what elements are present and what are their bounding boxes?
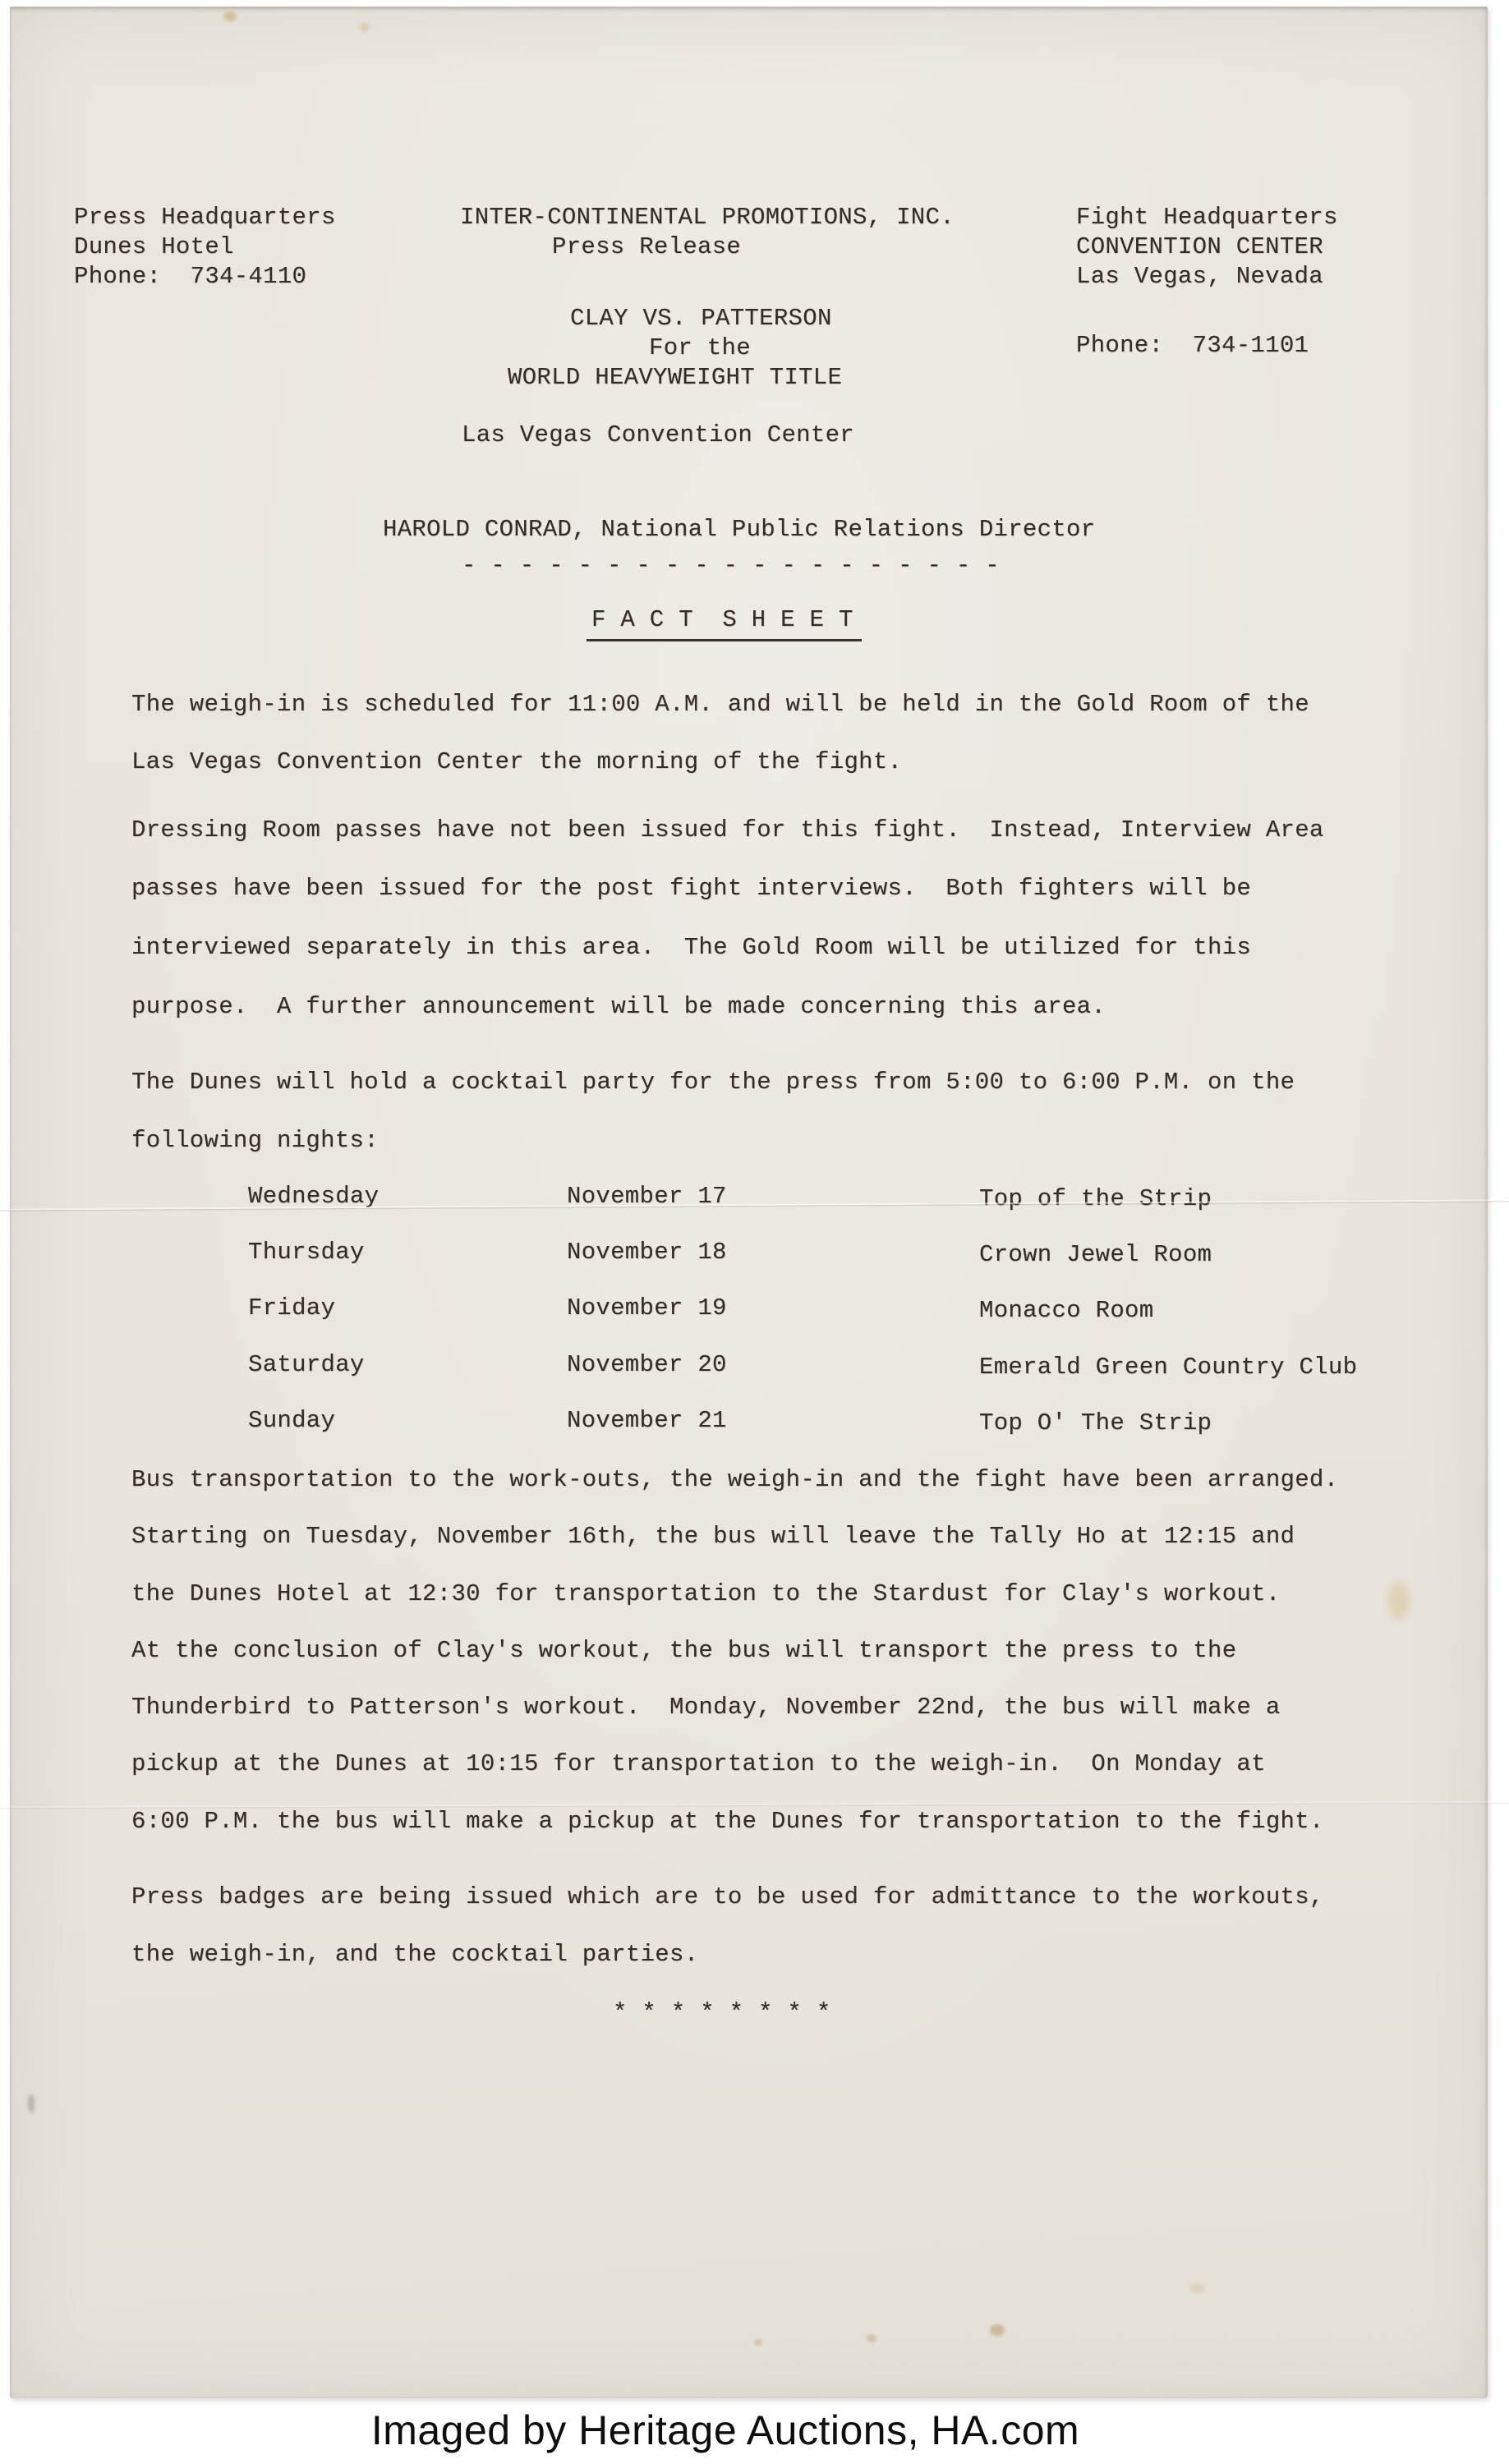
body-line: At the conclusion of Clay's workout, the… xyxy=(131,1637,1236,1664)
company-name: INTER-CONTINENTAL PROMOTIONS, INC. xyxy=(460,204,955,231)
body-line: Bus transportation to the work-outs, the… xyxy=(131,1466,1338,1493)
scanned-document-page: Press Headquarters Dunes Hotel Phone: 73… xyxy=(0,0,1509,2464)
fight-title-belt: WORLD HEAVYWEIGHT TITLE xyxy=(508,364,842,391)
schedule-day: Saturday xyxy=(248,1351,365,1378)
body-line: the weigh-in, and the cocktail parties. xyxy=(131,1941,698,1968)
fact-sheet-heading: F A C T S H E E T xyxy=(587,606,862,641)
schedule-venue: Emerald Green Country Club xyxy=(979,1354,1357,1381)
body-line: Press badges are being issued which are … xyxy=(131,1883,1324,1910)
body-line: interviewed separately in this area. The… xyxy=(131,934,1251,961)
end-marks: * * * * * * * * xyxy=(613,1999,831,2026)
schedule-date: November 21 xyxy=(567,1407,727,1434)
schedule-day: Wednesday xyxy=(248,1183,379,1210)
body-line: 6:00 P.M. the bus will make a pickup at … xyxy=(131,1808,1324,1835)
schedule-venue: Top of the Strip xyxy=(979,1185,1212,1212)
fight-title: CLAY VS. PATTERSON xyxy=(570,305,832,332)
fight-hq-label: Fight Headquarters xyxy=(1076,204,1338,231)
fight-title-for-the: For the xyxy=(649,334,751,361)
body-line: purpose. A further announcement will be … xyxy=(131,993,1106,1020)
schedule-date: November 18 xyxy=(567,1239,727,1266)
watermark-caption: Imaged by Heritage Auctions, HA.com xyxy=(0,2407,1451,2464)
body-line: pickup at the Dunes at 10:15 for transpo… xyxy=(131,1750,1266,1777)
body-line: Dressing Room passes have not been issue… xyxy=(131,816,1324,844)
schedule-venue: Crown Jewel Room xyxy=(979,1241,1212,1268)
press-hq-hotel: Dunes Hotel xyxy=(74,233,234,260)
schedule-day: Friday xyxy=(248,1294,335,1322)
body-line: Las Vegas Convention Center the morning … xyxy=(131,748,902,775)
fight-hq-venue: CONVENTION CENTER xyxy=(1076,233,1323,260)
schedule-date: November 17 xyxy=(567,1183,727,1210)
body-line: Thunderbird to Patterson's workout. Mond… xyxy=(131,1694,1281,1721)
press-release-label: Press Release xyxy=(552,233,741,260)
schedule-venue: Top O' The Strip xyxy=(979,1409,1212,1437)
body-line: The Dunes will hold a cocktail party for… xyxy=(131,1069,1295,1096)
body-line: following nights: xyxy=(131,1127,379,1154)
byline: HAROLD CONRAD, National Public Relations… xyxy=(383,516,1095,543)
press-hq-phone: Phone: 734-4110 xyxy=(74,263,306,290)
dashed-divider: - - - - - - - - - - - - - - - - - - - xyxy=(462,552,1000,579)
body-line: The weigh-in is scheduled for 11:00 A.M.… xyxy=(131,691,1309,718)
fight-hq-city: Las Vegas, Nevada xyxy=(1076,263,1323,290)
venue-line: Las Vegas Convention Center xyxy=(462,421,854,448)
schedule-day: Sunday xyxy=(248,1407,335,1434)
press-hq-label: Press Headquarters xyxy=(74,204,336,231)
body-line: passes have been issued for the post fig… xyxy=(131,875,1251,902)
fight-hq-phone: Phone: 734-1101 xyxy=(1076,332,1309,359)
body-line: the Dunes Hotel at 12:30 for transportat… xyxy=(131,1580,1281,1607)
schedule-date: November 19 xyxy=(567,1294,727,1322)
schedule-venue: Monacco Room xyxy=(979,1297,1153,1324)
body-line: Starting on Tuesday, November 16th, the … xyxy=(131,1523,1295,1550)
schedule-day: Thursday xyxy=(248,1239,365,1266)
schedule-date: November 20 xyxy=(567,1351,727,1378)
